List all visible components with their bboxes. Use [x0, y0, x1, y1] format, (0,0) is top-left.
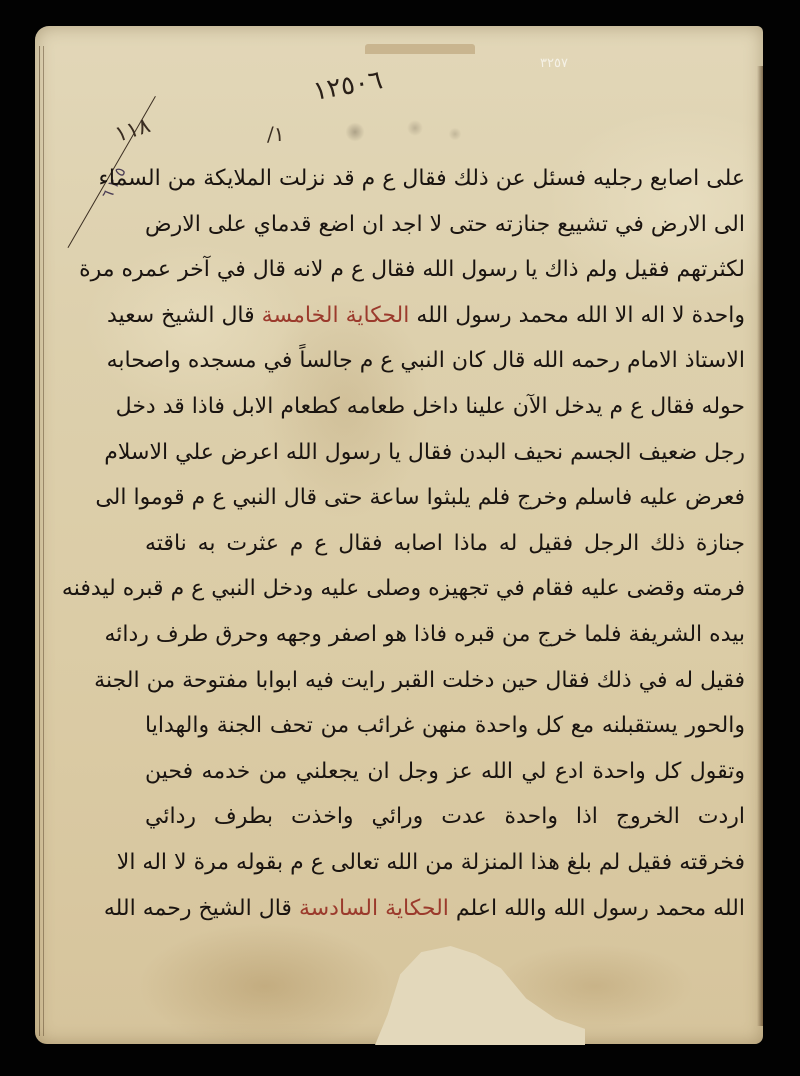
line-text: والحور يستقبلنه مع كل واحدة منهن غرائب م… — [145, 713, 745, 738]
line-text: وتقول كل واحدة ادع لي الله عز وجل ان يجع… — [145, 759, 745, 784]
line-text: فعرض عليه فاسلم وخرج فلم يلبثوا ساعة حتى… — [95, 485, 745, 510]
rubric-heading: الحكاية السادسة — [299, 896, 449, 921]
text-line: لكثرتهم فقيل ولم ذاك يا رسول الله فقال ع… — [145, 247, 745, 293]
fraction-mark: ١/ — [267, 122, 285, 146]
text-line: رجل ضعيف الجسم نحيف البدن فقال يا رسول ا… — [145, 430, 745, 476]
main-text-block: على اصابع رجليه فسئل عن ذلك فقال ع م قد … — [145, 156, 745, 931]
text-line: بيده الشريفة فلما خرج من قبره فاذا هو اص… — [145, 612, 745, 658]
line-text: اردت الخروج اذا واحدة عدت ورائي واخذت بط… — [145, 804, 745, 829]
line-text: الاستاذ الامام رحمه الله قال كان النبي ع… — [107, 348, 745, 373]
text-line: فخرقته فقيل لم بلغ هذا المنزلة من الله ت… — [145, 840, 745, 886]
text-line: جنازة ذلك الرجل فقيل له ماذا اصابه فقال … — [145, 521, 745, 567]
line-text: فرمته وقضى عليه فقام في تجهيزه وصلى عليه… — [62, 576, 745, 601]
torn-paper-repair — [375, 944, 585, 1045]
text-line: الله محمد رسول الله والله اعلم الحكاية ا… — [145, 886, 745, 932]
line-text: لكثرتهم فقيل ولم ذاك يا رسول الله فقال ع… — [79, 257, 745, 282]
text-line: واحدة لا اله الا الله محمد رسول الله الح… — [145, 293, 745, 339]
line-text: قال الشيخ سعيد — [107, 303, 255, 328]
line-text: واحدة لا اله الا الله محمد رسول الله — [416, 303, 745, 328]
page-right-edge — [757, 66, 763, 1026]
line-text: على اصابع رجليه فسئل عن ذلك فقال ع م قد … — [99, 166, 745, 191]
line-text: قال الشيخ رحمه الله — [104, 896, 292, 921]
text-line: فعرض عليه فاسلم وخرج فلم يلبثوا ساعة حتى… — [145, 475, 745, 521]
manuscript-stage: ١٢٥٠٦ ١١٨ ٥ ٢ ٦ ١/ ٣٢٥٧ على اصابع رجليه … — [0, 0, 800, 1076]
line-text: فقيل له في ذلك فقال حين دخلت القبر رايت … — [94, 668, 745, 693]
text-line: فقيل له في ذلك فقال حين دخلت القبر رايت … — [145, 658, 745, 704]
text-line: وتقول كل واحدة ادع لي الله عز وجل ان يجع… — [145, 749, 745, 795]
text-line: فرمته وقضى عليه فقام في تجهيزه وصلى عليه… — [145, 566, 745, 612]
line-text: رجل ضعيف الجسم نحيف البدن فقال يا رسول ا… — [104, 440, 745, 465]
page-left-edge — [39, 46, 44, 1036]
text-line: الاستاذ الامام رحمه الله قال كان النبي ع… — [145, 338, 745, 384]
line-text: الى الارض في تشييع جنازته حتى لا اجد ان … — [145, 212, 745, 237]
line-text: الله محمد رسول الله والله اعلم — [456, 896, 745, 921]
folio-number: ١١٨ — [112, 113, 153, 148]
line-text: بيده الشريفة فلما خرج من قبره فاذا هو اص… — [104, 622, 745, 647]
text-line: على اصابع رجليه فسئل عن ذلك فقال ع م قد … — [145, 156, 745, 202]
line-text: فخرقته فقيل لم بلغ هذا المنزلة من الله ت… — [117, 850, 745, 875]
text-line: اردت الخروج اذا واحدة عدت ورائي واخذت بط… — [145, 794, 745, 840]
faded-stamp — [335, 112, 485, 152]
torn-top-strip — [365, 44, 475, 54]
line-text: جنازة ذلك الرجل فقيل له ماذا اصابه فقال … — [145, 531, 745, 556]
manuscript-page: ١٢٥٠٦ ١١٨ ٥ ٢ ٦ ١/ ٣٢٥٧ على اصابع رجليه … — [35, 26, 763, 1044]
shelfmark-number: ١٢٥٠٦ — [311, 65, 385, 107]
library-label: ٣٢٥٧ — [540, 56, 568, 71]
text-line: والحور يستقبلنه مع كل واحدة منهن غرائب م… — [145, 703, 745, 749]
line-text: حوله فقال ع م يدخل الآن علينا داخل طعامه… — [116, 394, 745, 419]
text-line: الى الارض في تشييع جنازته حتى لا اجد ان … — [145, 202, 745, 248]
text-line: حوله فقال ع م يدخل الآن علينا داخل طعامه… — [145, 384, 745, 430]
rubric-heading: الحكاية الخامسة — [262, 303, 410, 328]
